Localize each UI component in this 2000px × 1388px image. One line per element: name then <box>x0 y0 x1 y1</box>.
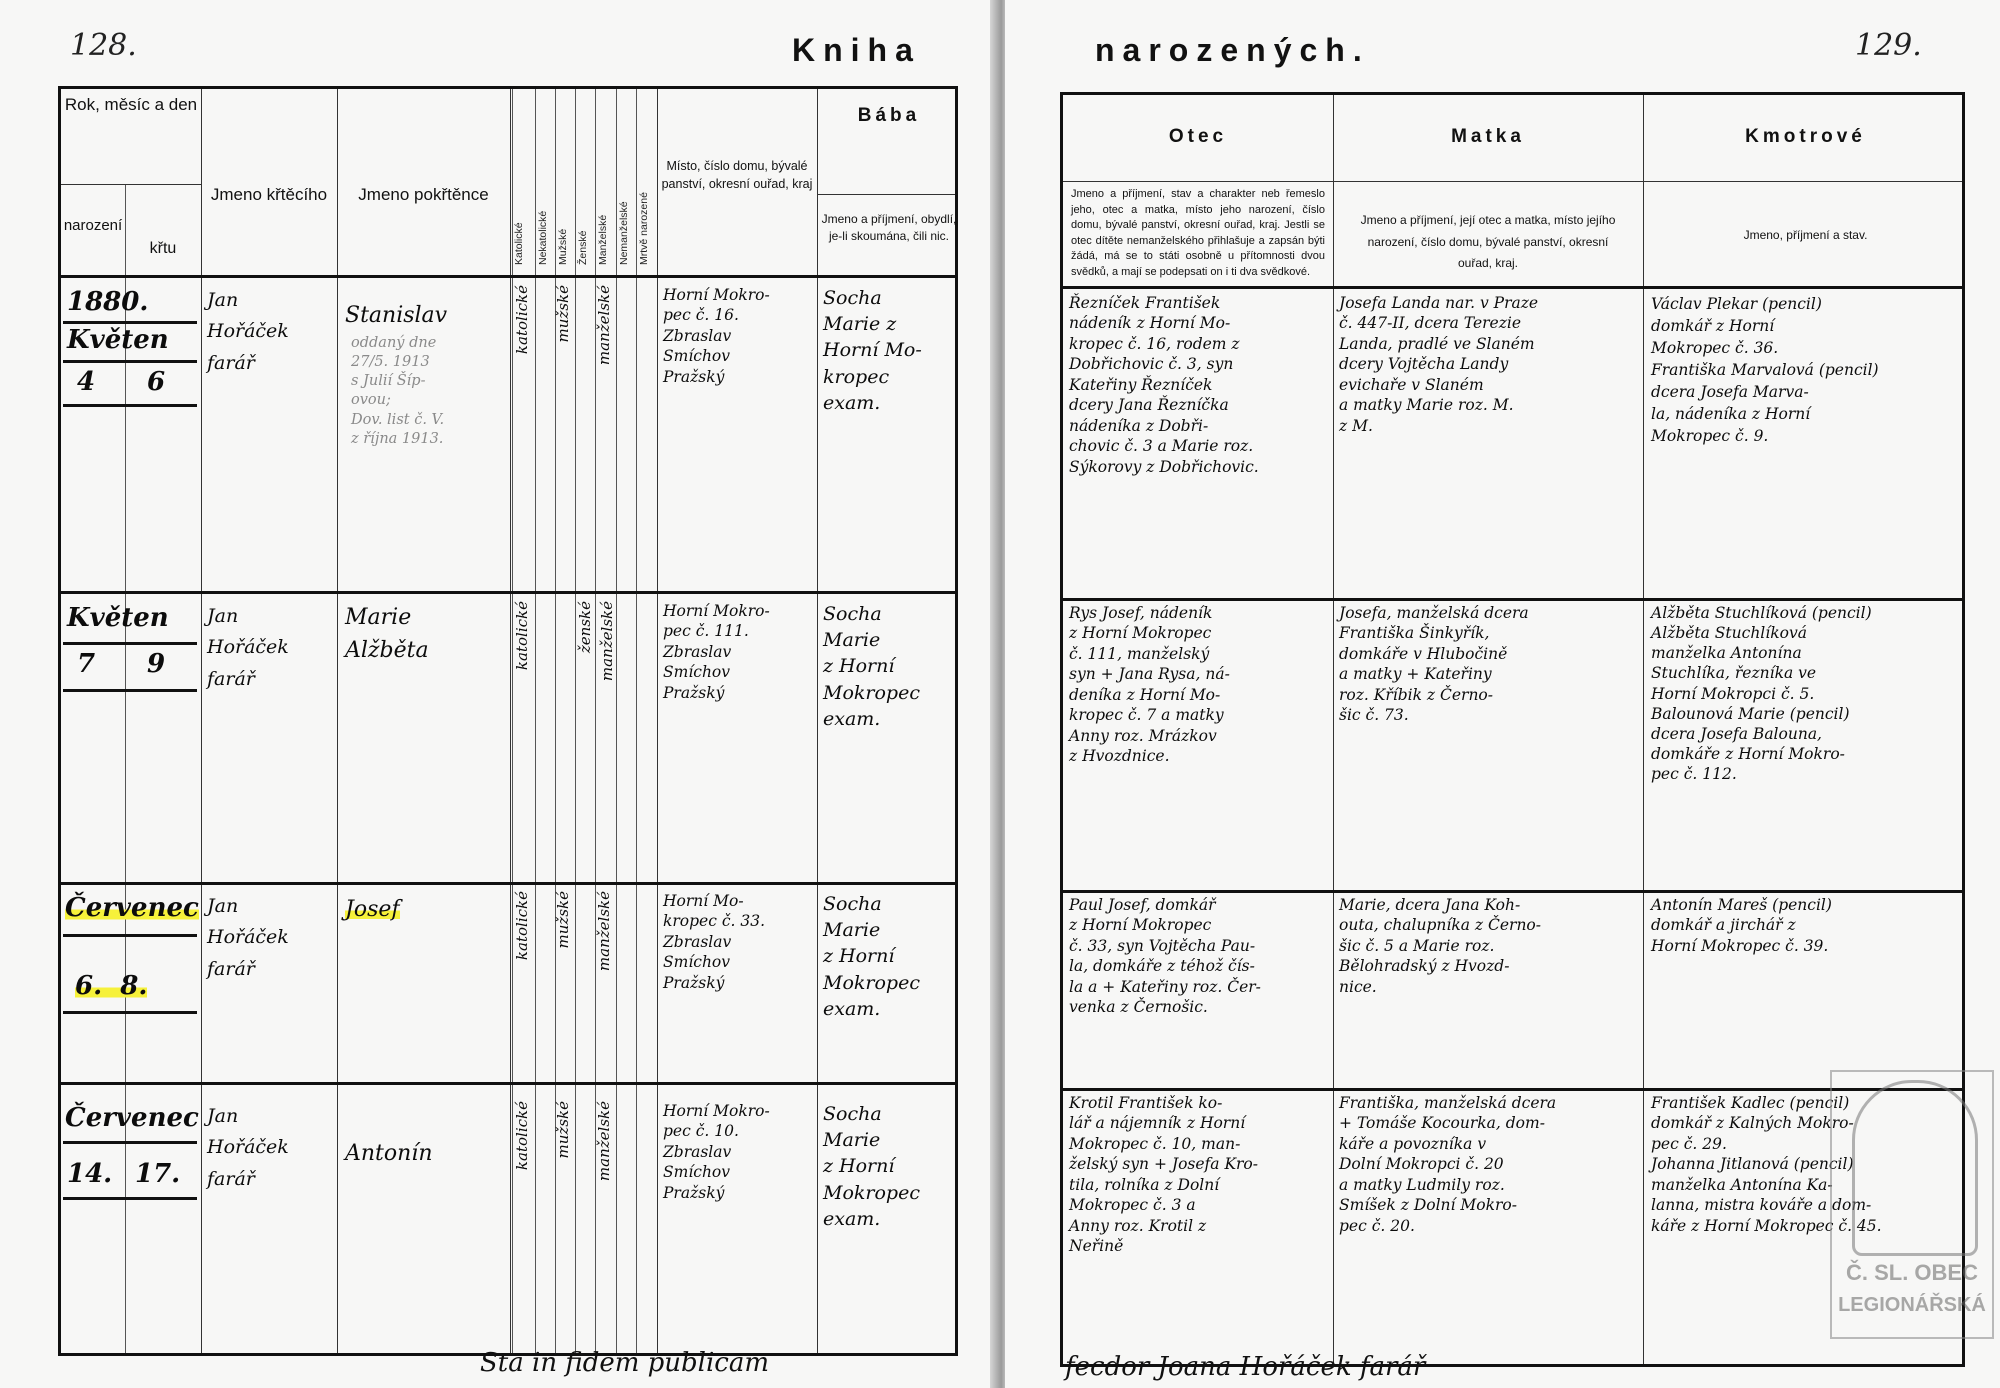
entry-2-godparents: Alžběta Stuchlíková (pencil) Alžběta Stu… <box>1651 603 1872 784</box>
entry-1-midwife: Socha Marie z Horní Mo- kropec exam. <box>823 285 922 416</box>
header-legitimate: Manželské <box>597 189 609 265</box>
header-godparents: Jmeno, příjmení a stav. <box>1643 227 1968 244</box>
entry-4-place: Horní Mokro- pec č. 10. Zbraslav Smíchov… <box>663 1101 770 1203</box>
entry-2-father: Rys Josef, nádeník z Horní Mokropec č. 1… <box>1069 603 1230 767</box>
footer-note-left: Sta in fidem publicam <box>480 1348 769 1378</box>
entry-4-baptism-day: 17. <box>135 1157 180 1191</box>
entry-2-place: Horní Mokro- pec č. 111. Zbraslav Smícho… <box>663 601 770 703</box>
header-stillborn: Mrtvě narozené <box>638 189 650 265</box>
entry-1-mother: Josefa Landa nar. v Praze č. 447-II, dce… <box>1339 293 1538 436</box>
header-baptizer: Jmeno křtěcího <box>201 175 337 216</box>
entry-2-birth-day: 7 <box>77 647 95 681</box>
header-midwife-title: Bába <box>817 104 961 128</box>
entry-3-month: Červenec <box>65 891 199 925</box>
entry-3-baptizer: Jan Hořáček farář <box>207 891 289 985</box>
entry-4-father: Krotil František ko- lář a nájemník z Ho… <box>1069 1093 1258 1257</box>
entry-3-sex: mužské <box>554 891 574 948</box>
entry-4-mother: Františka, manželská dcera + Tomáše Koco… <box>1339 1093 1556 1236</box>
page-number-right: 129. <box>1855 28 1922 63</box>
header-male: Mužské <box>557 189 569 265</box>
header-catholic: Katolické <box>513 189 525 265</box>
entry-2-month: Květen <box>67 601 169 635</box>
entry-4-legitimacy: manželské <box>595 1101 615 1181</box>
legion-stamp: Č. SL. OBEC LEGIONÁŘSKÁ <box>1830 1070 1994 1339</box>
entry-1-sex: mužské <box>554 285 574 342</box>
entry-3-baptized: Josef <box>345 895 400 924</box>
entry-1-marriage-note: oddaný dne 27/5. 1913 s Julií Šíp- ovou;… <box>351 334 444 449</box>
entry-3-godparents: Antonín Mareš (pencil) domkář a jirchář … <box>1651 895 1832 956</box>
entry-4-midwife: Socha Marie z Horní Mokropec exam. <box>823 1101 920 1232</box>
entry-1-godparents: Václav Plekar (pencil) domkář z Horní Mo… <box>1651 293 1879 447</box>
entry-1-baptized: Stanislav <box>345 301 447 330</box>
entry-3-mother: Marie, dcera Jana Koh- outa, chalupníka … <box>1339 895 1541 997</box>
header-baptism: křtu <box>125 239 201 259</box>
entry-4-birth-day: 14. <box>67 1157 112 1191</box>
entry-2-sex: ženské <box>576 601 596 653</box>
entry-1-baptizer: Jan Hořáček farář <box>207 285 289 379</box>
entry-4-baptized: Antonín <box>345 1139 433 1168</box>
header-father-title: Otec <box>1063 125 1333 149</box>
header-midwife: Jmeno a příjmení, obydlí, je-li skoumána… <box>821 211 957 246</box>
entry-3-father: Paul Josef, domkář z Horní Mokropec č. 3… <box>1069 895 1261 1018</box>
header-birth: narození <box>61 217 125 236</box>
entry-3-legitimacy: manželské <box>595 891 615 971</box>
entry-3-religion: katolické <box>513 891 533 960</box>
entry-2-midwife: Socha Marie z Horní Mokropec exam. <box>823 601 920 732</box>
entry-2-baptizer: Jan Hořáček farář <box>207 601 289 695</box>
entry-1-year: 1880. <box>67 285 148 319</box>
header-female: Ženské <box>577 189 589 265</box>
entry-2-baptism-day: 9 <box>147 647 165 681</box>
footer-note-right: fecdor Joana Hořáček farář <box>1065 1352 1425 1382</box>
entry-3-baptized-text: Josef <box>345 897 400 922</box>
entry-4-month: Červenec <box>65 1101 199 1135</box>
entry-2-baptized: Marie Alžběta <box>345 601 429 667</box>
entry-4-baptizer: Jan Hořáček farář <box>207 1101 289 1195</box>
entry-2-legitimacy: manželské <box>598 601 618 681</box>
entry-3-midwife: Socha Marie z Horní Mokropec exam. <box>823 891 920 1022</box>
entry-1-baptism-day: 6 <box>147 365 165 399</box>
entry-2-religion: katolické <box>513 601 533 670</box>
header-mother: Jmeno a příjmení, její otec a matka, mís… <box>1353 210 1623 275</box>
entry-4-sex: mužské <box>554 1101 574 1158</box>
page-number-left: 128. <box>70 28 137 63</box>
stamp-line-2: LEGIONÁŘSKÁ <box>1832 1294 1992 1317</box>
entry-3-birth-day: 6. 8. <box>75 971 147 1001</box>
entry-2-mother: Josefa, manželská dcera Františka Šinkyř… <box>1339 603 1529 726</box>
header-baptized: Jmeno pokřtěnce <box>337 175 510 216</box>
entry-1-birth-day: 4 <box>77 365 95 399</box>
header-father: Jmeno a příjmení, stav a charakter neb ř… <box>1071 187 1325 281</box>
stamp-line-1: Č. SL. OBEC <box>1832 1260 1992 1286</box>
header-date-group: Rok, měsíc a den <box>61 94 201 115</box>
left-page: 128. Kniha Rok, měsíc a den narození křt… <box>0 0 995 1388</box>
entry-1-place: Horní Mokro- pec č. 16. Zbraslav Smíchov… <box>663 285 770 387</box>
header-godparents-title: Kmotrové <box>1643 125 1968 149</box>
header-illegitimate: Nemanželské <box>618 189 630 265</box>
entry-1-religion: katolické <box>513 285 533 354</box>
legionnaire-emblem-icon <box>1852 1080 1978 1256</box>
page-title-right: narozených. <box>1095 32 1370 69</box>
entry-3-place: Horní Mo- kropec č. 33. Zbraslav Smíchov… <box>663 891 765 993</box>
entry-1-month: Květen <box>67 323 169 357</box>
header-place: Místo, číslo domu, bývalé panství, okres… <box>661 157 813 193</box>
entry-3-month-text: Červenec <box>65 893 199 923</box>
header-mother-title: Matka <box>1333 125 1643 149</box>
entry-1-legitimacy: manželské <box>595 285 615 365</box>
page-title-left: Kniha <box>792 32 921 69</box>
entry-4-religion: katolické <box>513 1101 533 1170</box>
header-noncatholic: Nekatolické <box>537 189 549 265</box>
entry-3-days: 6. 8. <box>75 969 147 1003</box>
entry-1-father: Řezníček František nádeník z Horní Mo- k… <box>1069 293 1259 477</box>
left-register-table: Rok, měsíc a den narození křtu Jmeno křt… <box>58 86 958 1356</box>
